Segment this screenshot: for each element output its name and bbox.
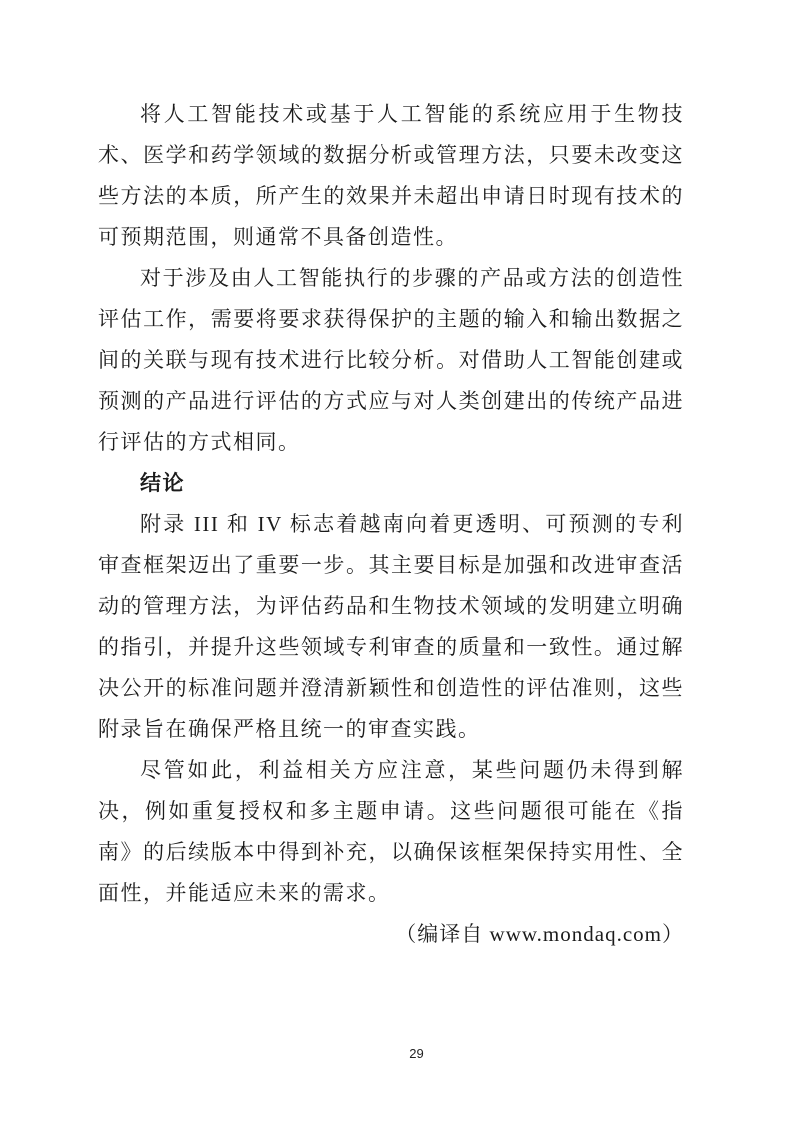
paragraph-conclusion-remaining-issues: 尽管如此，利益相关方应注意，某些问题仍未得到解决，例如重复授权和多主题申请。这些… [98, 750, 684, 914]
page-number: 29 [0, 1046, 793, 1062]
conclusion-heading: 结论 [98, 463, 684, 504]
document-page: 将人工智能技术或基于人工智能的系统应用于生物技术、医学和药学领域的数据分析或管理… [0, 0, 793, 1122]
document-body: 将人工智能技术或基于人工智能的系统应用于生物技术、医学和药学领域的数据分析或管理… [98, 94, 684, 955]
paragraph-ai-methods-inventiveness: 将人工智能技术或基于人工智能的系统应用于生物技术、医学和药学领域的数据分析或管理… [98, 94, 684, 258]
paragraph-conclusion-appendices: 附录 III 和 IV 标志着越南向着更透明、可预测的专利审查框架迈出了重要一步… [98, 504, 684, 750]
paragraph-ai-product-evaluation: 对于涉及由人工智能执行的步骤的产品或方法的创造性评估工作，需要将要求获得保护的主… [98, 258, 684, 463]
attribution-line: （编译自 www.mondaq.com） [98, 914, 684, 955]
